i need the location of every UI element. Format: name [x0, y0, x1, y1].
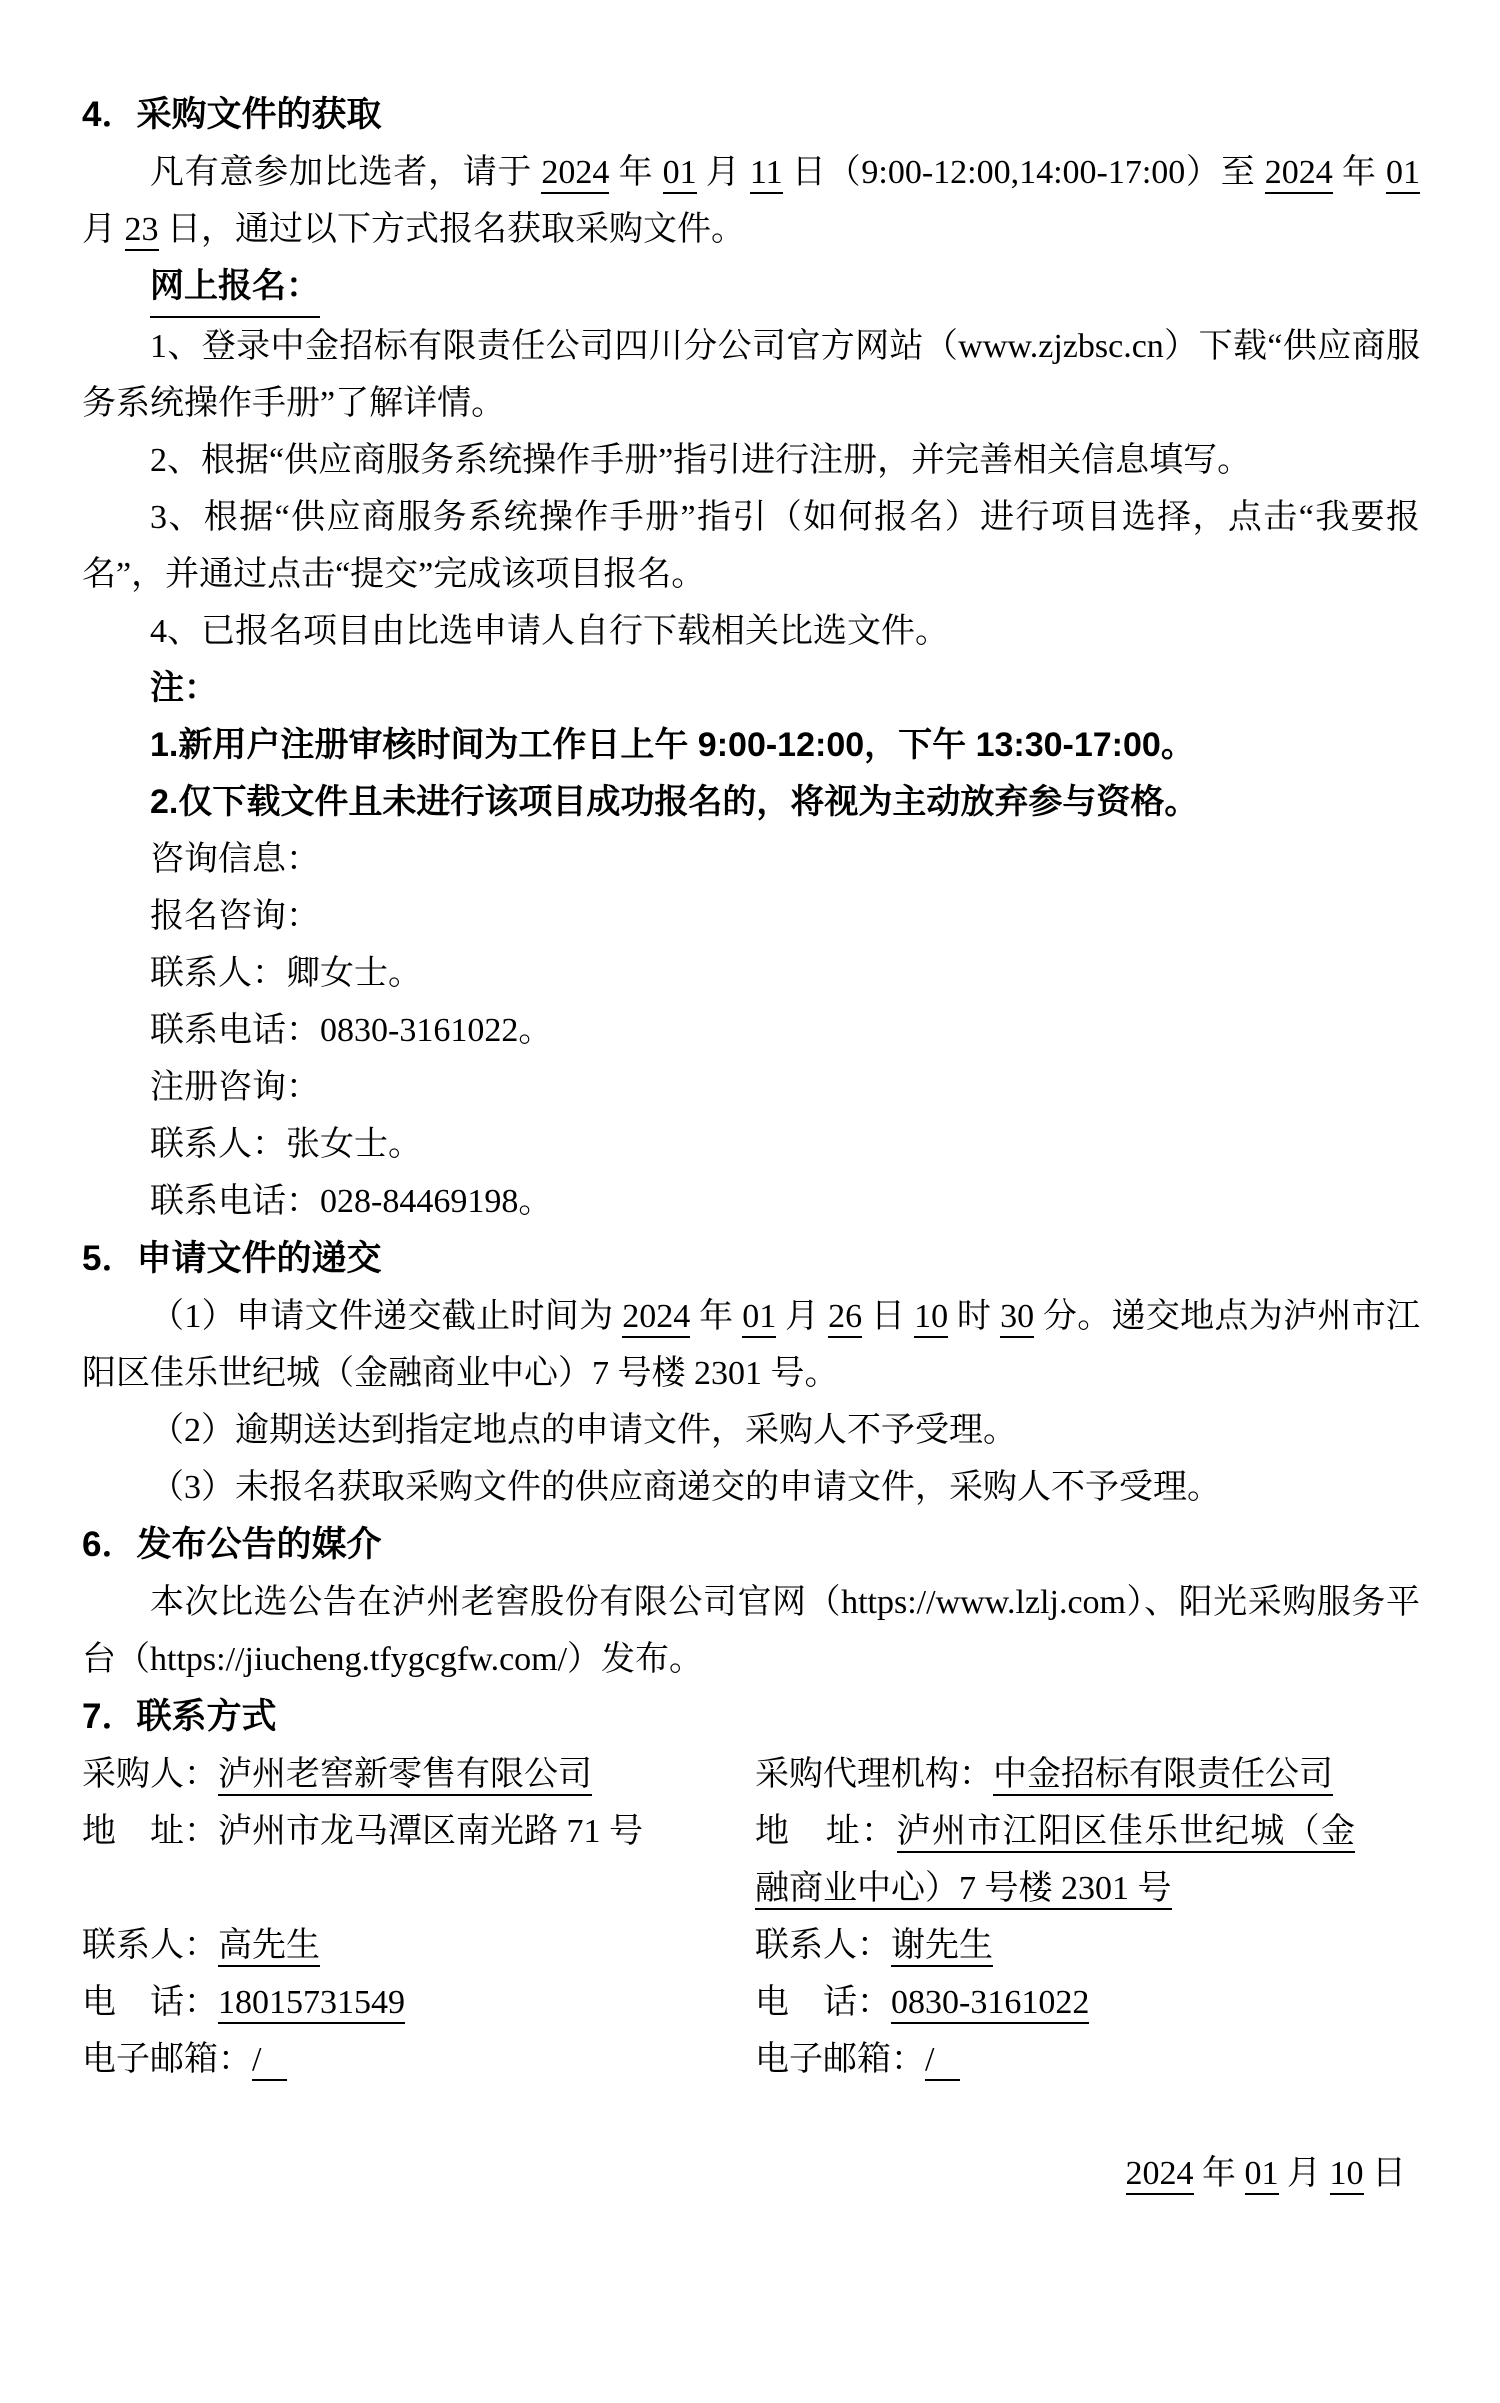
- buyer-email: /: [252, 2041, 287, 2081]
- agency-email-row: 电子邮箱：/: [755, 2031, 1355, 2088]
- signup-consult-label: 报名咨询：: [82, 888, 1420, 945]
- section-4-procurement-doc-acquisition: 4．采购文件的获取 凡有意参加比选者，请于 2024 年 01 月 11 日（9…: [82, 86, 1420, 1230]
- announcement-media-paragraph: 本次比选公告在泸州老窖股份有限公司官网（https://www.lzlj.com…: [82, 1574, 1420, 1688]
- section-5-application-submission: 5．申请文件的递交 （1）申请文件递交截止时间为 2024 年 01 月 26 …: [82, 1230, 1420, 1516]
- agency-name: 中金招标有限责任公司: [993, 1756, 1333, 1796]
- section-7-heading: 7．联系方式: [82, 1688, 1420, 1746]
- online-registration-label-line: 网上报名：: [82, 258, 1420, 318]
- agency-address-row: 地 址：泸州市江阳区佳乐世纪城（金融商业中心）7 号楼 2301 号: [755, 1803, 1355, 1917]
- online-registration-label: 网上报名：: [150, 258, 320, 318]
- agency-phone-label: 电 话：: [755, 1984, 891, 2021]
- section-5-heading: 5．申请文件的递交: [82, 1230, 1420, 1288]
- agency-row: 采购代理机构：中金招标有限责任公司: [755, 1746, 1355, 1803]
- signup-consult-contact: 联系人：卿女士。: [82, 945, 1420, 1002]
- buyer-contact-row: 联系人：高先生: [82, 1917, 702, 1974]
- section-4-heading: 4．采购文件的获取: [82, 86, 1420, 144]
- agency-contact-name: 谢先生: [891, 1927, 993, 1967]
- document-date: 2024 年 01 月 10 日: [82, 2145, 1420, 2202]
- buyer-address: 泸州市龙马潭区南光路 71 号: [218, 1813, 643, 1850]
- agency-email: /: [925, 2041, 960, 2081]
- agency-address-label: 地 址：: [755, 1813, 897, 1850]
- register-consult-label: 注册咨询：: [82, 1059, 1420, 1116]
- register-consult-contact: 联系人：张女士。: [82, 1116, 1420, 1173]
- agency-email-label: 电子邮箱：: [755, 2041, 925, 2078]
- online-step-3: 3、根据“供应商服务系统操作手册”指引（如何报名）进行项目选择，点击“我要报名”…: [82, 489, 1420, 603]
- consult-info-label: 咨询信息：: [82, 831, 1420, 888]
- section-6-heading: 6．发布公告的媒介: [82, 1516, 1420, 1574]
- buyer-phone-row: 电 话：18015731549: [82, 1974, 702, 2031]
- late-delivery-paragraph: （2）逾期送达到指定地点的申请文件，采购人不予受理。: [82, 1402, 1420, 1459]
- agency-label: 采购代理机构：: [755, 1756, 993, 1793]
- section-6-announcement-media: 6．发布公告的媒介 本次比选公告在泸州老窖股份有限公司官网（https://ww…: [82, 1516, 1420, 1688]
- contact-grid: 采购人：泸州老窖新零售有限公司 采购代理机构：中金招标有限责任公司 地 址：泸州…: [82, 1746, 1420, 2088]
- buyer-name: 泸州老窖新零售有限公司: [218, 1756, 592, 1796]
- note-label: 注：: [82, 660, 1420, 717]
- online-step-2: 2、根据“供应商服务系统操作手册”指引进行注册，并完善相关信息填写。: [82, 432, 1420, 489]
- note-1: 1.新用户注册审核时间为工作日上午 9:00-12:00，下午 13:30-17…: [82, 717, 1420, 774]
- buyer-contact-name: 高先生: [218, 1927, 320, 1967]
- buyer-address-label: 地 址：: [82, 1813, 218, 1850]
- note-2: 2.仅下载文件且未进行该项目成功报名的，将视为主动放弃参与资格。: [82, 774, 1420, 831]
- online-step-1: 1、登录中金招标有限责任公司四川分公司官方网站（www.zjzbsc.cn）下载…: [82, 318, 1420, 432]
- buyer-row: 采购人：泸州老窖新零售有限公司: [82, 1746, 702, 1803]
- buyer-email-label: 电子邮箱：: [82, 2041, 252, 2078]
- buyer-address-row: 地 址：泸州市龙马潭区南光路 71 号: [82, 1803, 702, 1860]
- buyer-label: 采购人：: [82, 1756, 218, 1793]
- buyer-contact-label: 联系人：: [82, 1927, 218, 1964]
- unregistered-supplier-paragraph: （3）未报名获取采购文件的供应商递交的申请文件，采购人不予受理。: [82, 1459, 1420, 1516]
- agency-contact-row: 联系人：谢先生: [755, 1917, 1355, 1974]
- buyer-phone: 18015731549: [218, 1984, 405, 2024]
- section-7-contact-info: 7．联系方式 采购人：泸州老窖新零售有限公司 采购代理机构：中金招标有限责任公司…: [82, 1688, 1420, 2088]
- signup-consult-phone: 联系电话：0830-3161022。: [82, 1002, 1420, 1059]
- section-4-intro-paragraph: 凡有意参加比选者，请于 2024 年 01 月 11 日（9:00-12:00,…: [82, 144, 1420, 258]
- buyer-phone-label: 电 话：: [82, 1984, 218, 2021]
- register-consult-phone: 联系电话：028-84469198。: [82, 1173, 1420, 1230]
- online-step-4: 4、已报名项目由比选申请人自行下载相关比选文件。: [82, 603, 1420, 660]
- agency-phone-row: 电 话：0830-3161022: [755, 1974, 1355, 2031]
- agency-contact-label: 联系人：: [755, 1927, 891, 1964]
- buyer-email-row: 电子邮箱：/: [82, 2031, 702, 2088]
- agency-phone: 0830-3161022: [891, 1984, 1089, 2024]
- submission-deadline-paragraph: （1）申请文件递交截止时间为 2024 年 01 月 26 日 10 时 30 …: [82, 1288, 1420, 1402]
